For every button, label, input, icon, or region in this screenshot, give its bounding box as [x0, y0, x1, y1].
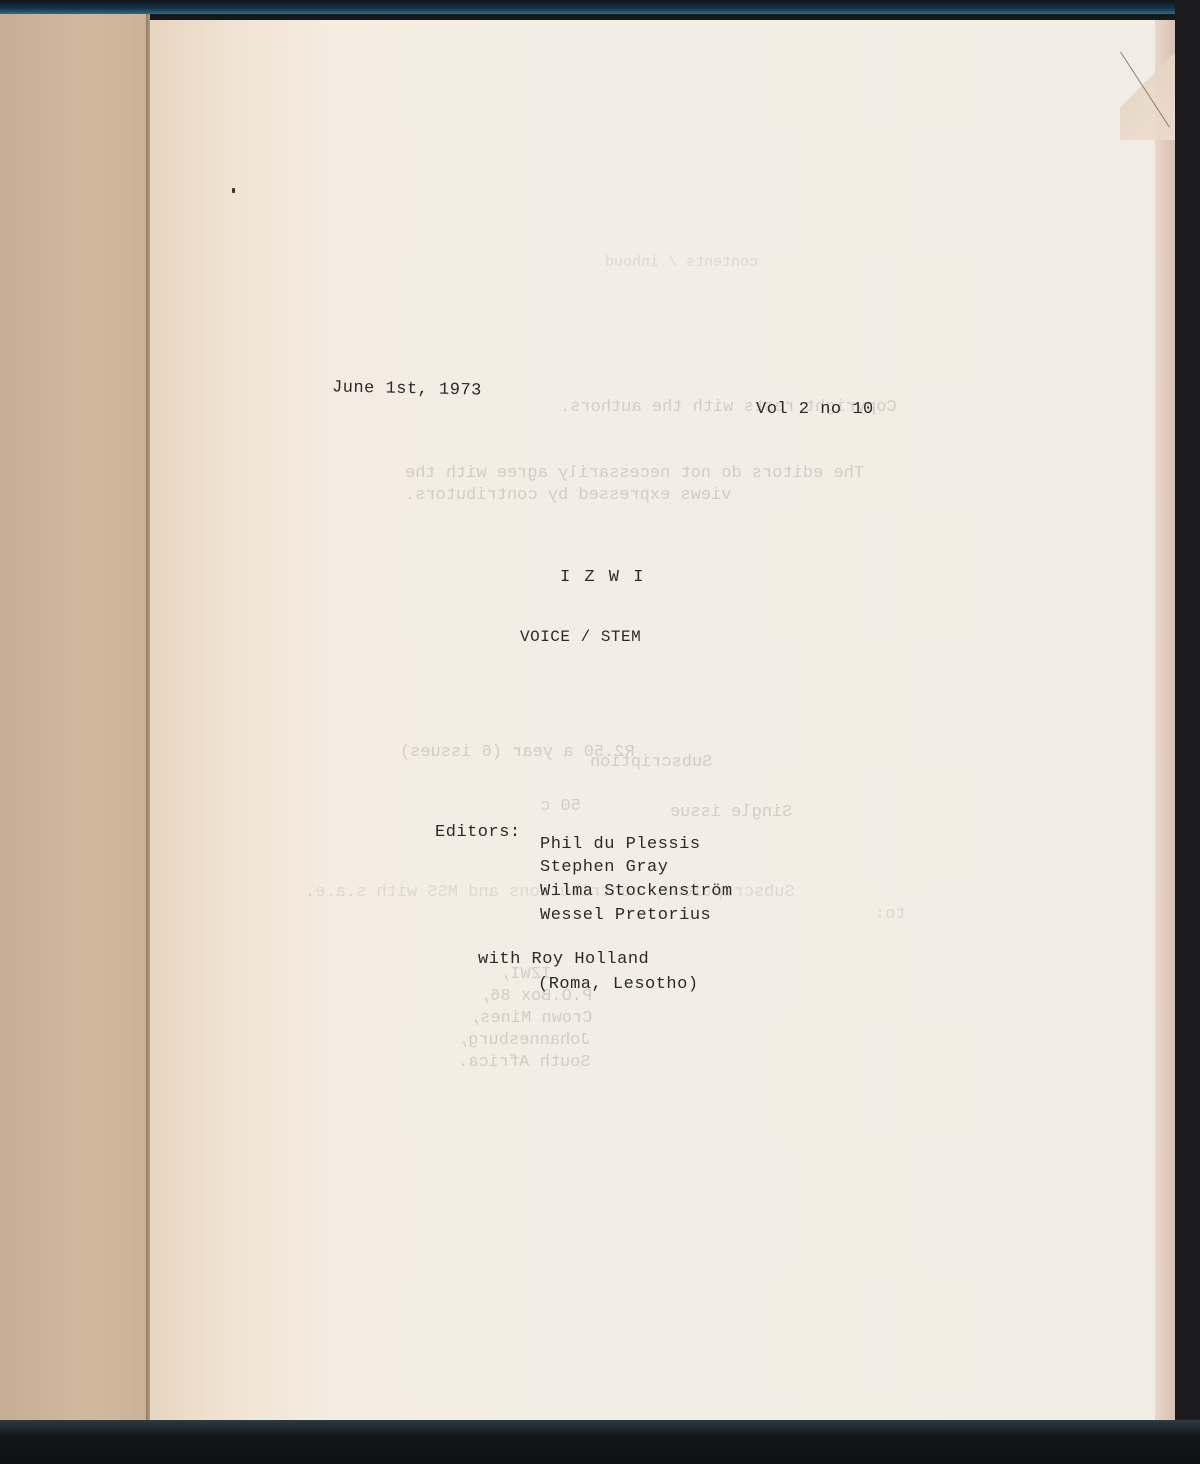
- issue-date: June 1st, 1973: [332, 378, 482, 400]
- associate-editor: with Roy Holland: [478, 950, 649, 969]
- editor-name: Wilma Stockenström: [540, 882, 733, 901]
- scanner-bottom-edge: [0, 1420, 1200, 1464]
- ghost-contents-heading: contents / inhoud: [605, 252, 758, 273]
- cover-edge: [1155, 20, 1175, 1420]
- scanner-right-edge: [1175, 0, 1200, 1464]
- scanner-top-edge: [0, 0, 1200, 14]
- scanned-page: contents / inhoud Copyright rests with t…: [0, 0, 1200, 1464]
- ghost-disclaimer-line-1: The editors do not necessarily agree wit…: [405, 464, 864, 483]
- folded-corner: [1120, 30, 1180, 140]
- ghost-submissions-to: to:: [875, 905, 906, 924]
- document-page: contents / inhoud Copyright rests with t…: [150, 20, 1155, 1420]
- ghost-single-issue-label: Single issue: [670, 803, 792, 822]
- facing-left-page: [0, 14, 146, 1424]
- ghost-address-line: South Africa.: [458, 1053, 591, 1072]
- editors-label: Editors:: [435, 823, 521, 842]
- journal-title: I Z W I: [560, 568, 645, 587]
- ghost-single-issue-value: 50 c: [540, 797, 581, 816]
- ghost-address-line: Johannesburg,: [458, 1031, 591, 1050]
- editor-name: Stephen Gray: [540, 858, 668, 877]
- editor-name: Phil du Plessis: [540, 835, 701, 854]
- ink-speck: [232, 188, 235, 193]
- journal-subtitle: VOICE / STEM: [520, 628, 641, 646]
- ghost-address-line: Crown Mines,: [470, 1009, 592, 1028]
- associate-location: (Roma, Lesotho): [538, 975, 699, 994]
- ghost-disclaimer-line-2: views expressed by contributors.: [405, 486, 731, 505]
- editor-name: Wessel Pretorius: [540, 906, 711, 925]
- ghost-subscription-value: R2.50 a year (6 issues): [400, 743, 635, 762]
- volume-number: Vol 2 no 10: [756, 400, 874, 419]
